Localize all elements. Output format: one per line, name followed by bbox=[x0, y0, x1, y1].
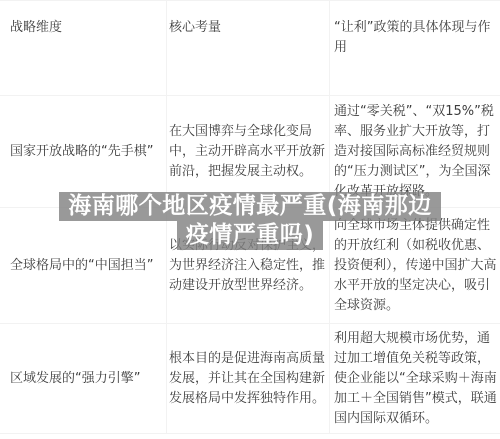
table-row-3-dimension: 区域发展的“强力引擎” bbox=[0, 324, 167, 434]
title-line-1: 海南哪个地区疫情最严重(海南那边 bbox=[59, 192, 441, 221]
table-row-3-policy: 利用超大规模市场优势，通过加工增值免关税等政策，使企业能以“全球采购＋海南加工＋… bbox=[330, 324, 500, 434]
title-line-1-wrap: 海南哪个地区疫情最严重(海南那边 bbox=[0, 192, 500, 221]
title-line-2: 疫情严重吗) bbox=[177, 221, 324, 250]
title-line-2-wrap: 疫情严重吗) bbox=[0, 221, 500, 250]
article-title-overlay: 海南哪个地区疫情最严重(海南那边 疫情严重吗) bbox=[0, 192, 500, 250]
article-table-screenshot: 战略维度 核心考量 “让利”政策的具体体现与作用 国家开放战略的“先手棋” 在大… bbox=[0, 0, 500, 439]
col-header-consideration: 核心考量 bbox=[167, 1, 330, 96]
col-header-policy: “让利”政策的具体体现与作用 bbox=[330, 1, 500, 96]
col-header-dimension: 战略维度 bbox=[0, 1, 167, 96]
table-row-3-consideration: 根本目的是促进海南高质量发展，并让其在全国构建新发展格局中发挥独特作用。 bbox=[167, 324, 330, 434]
